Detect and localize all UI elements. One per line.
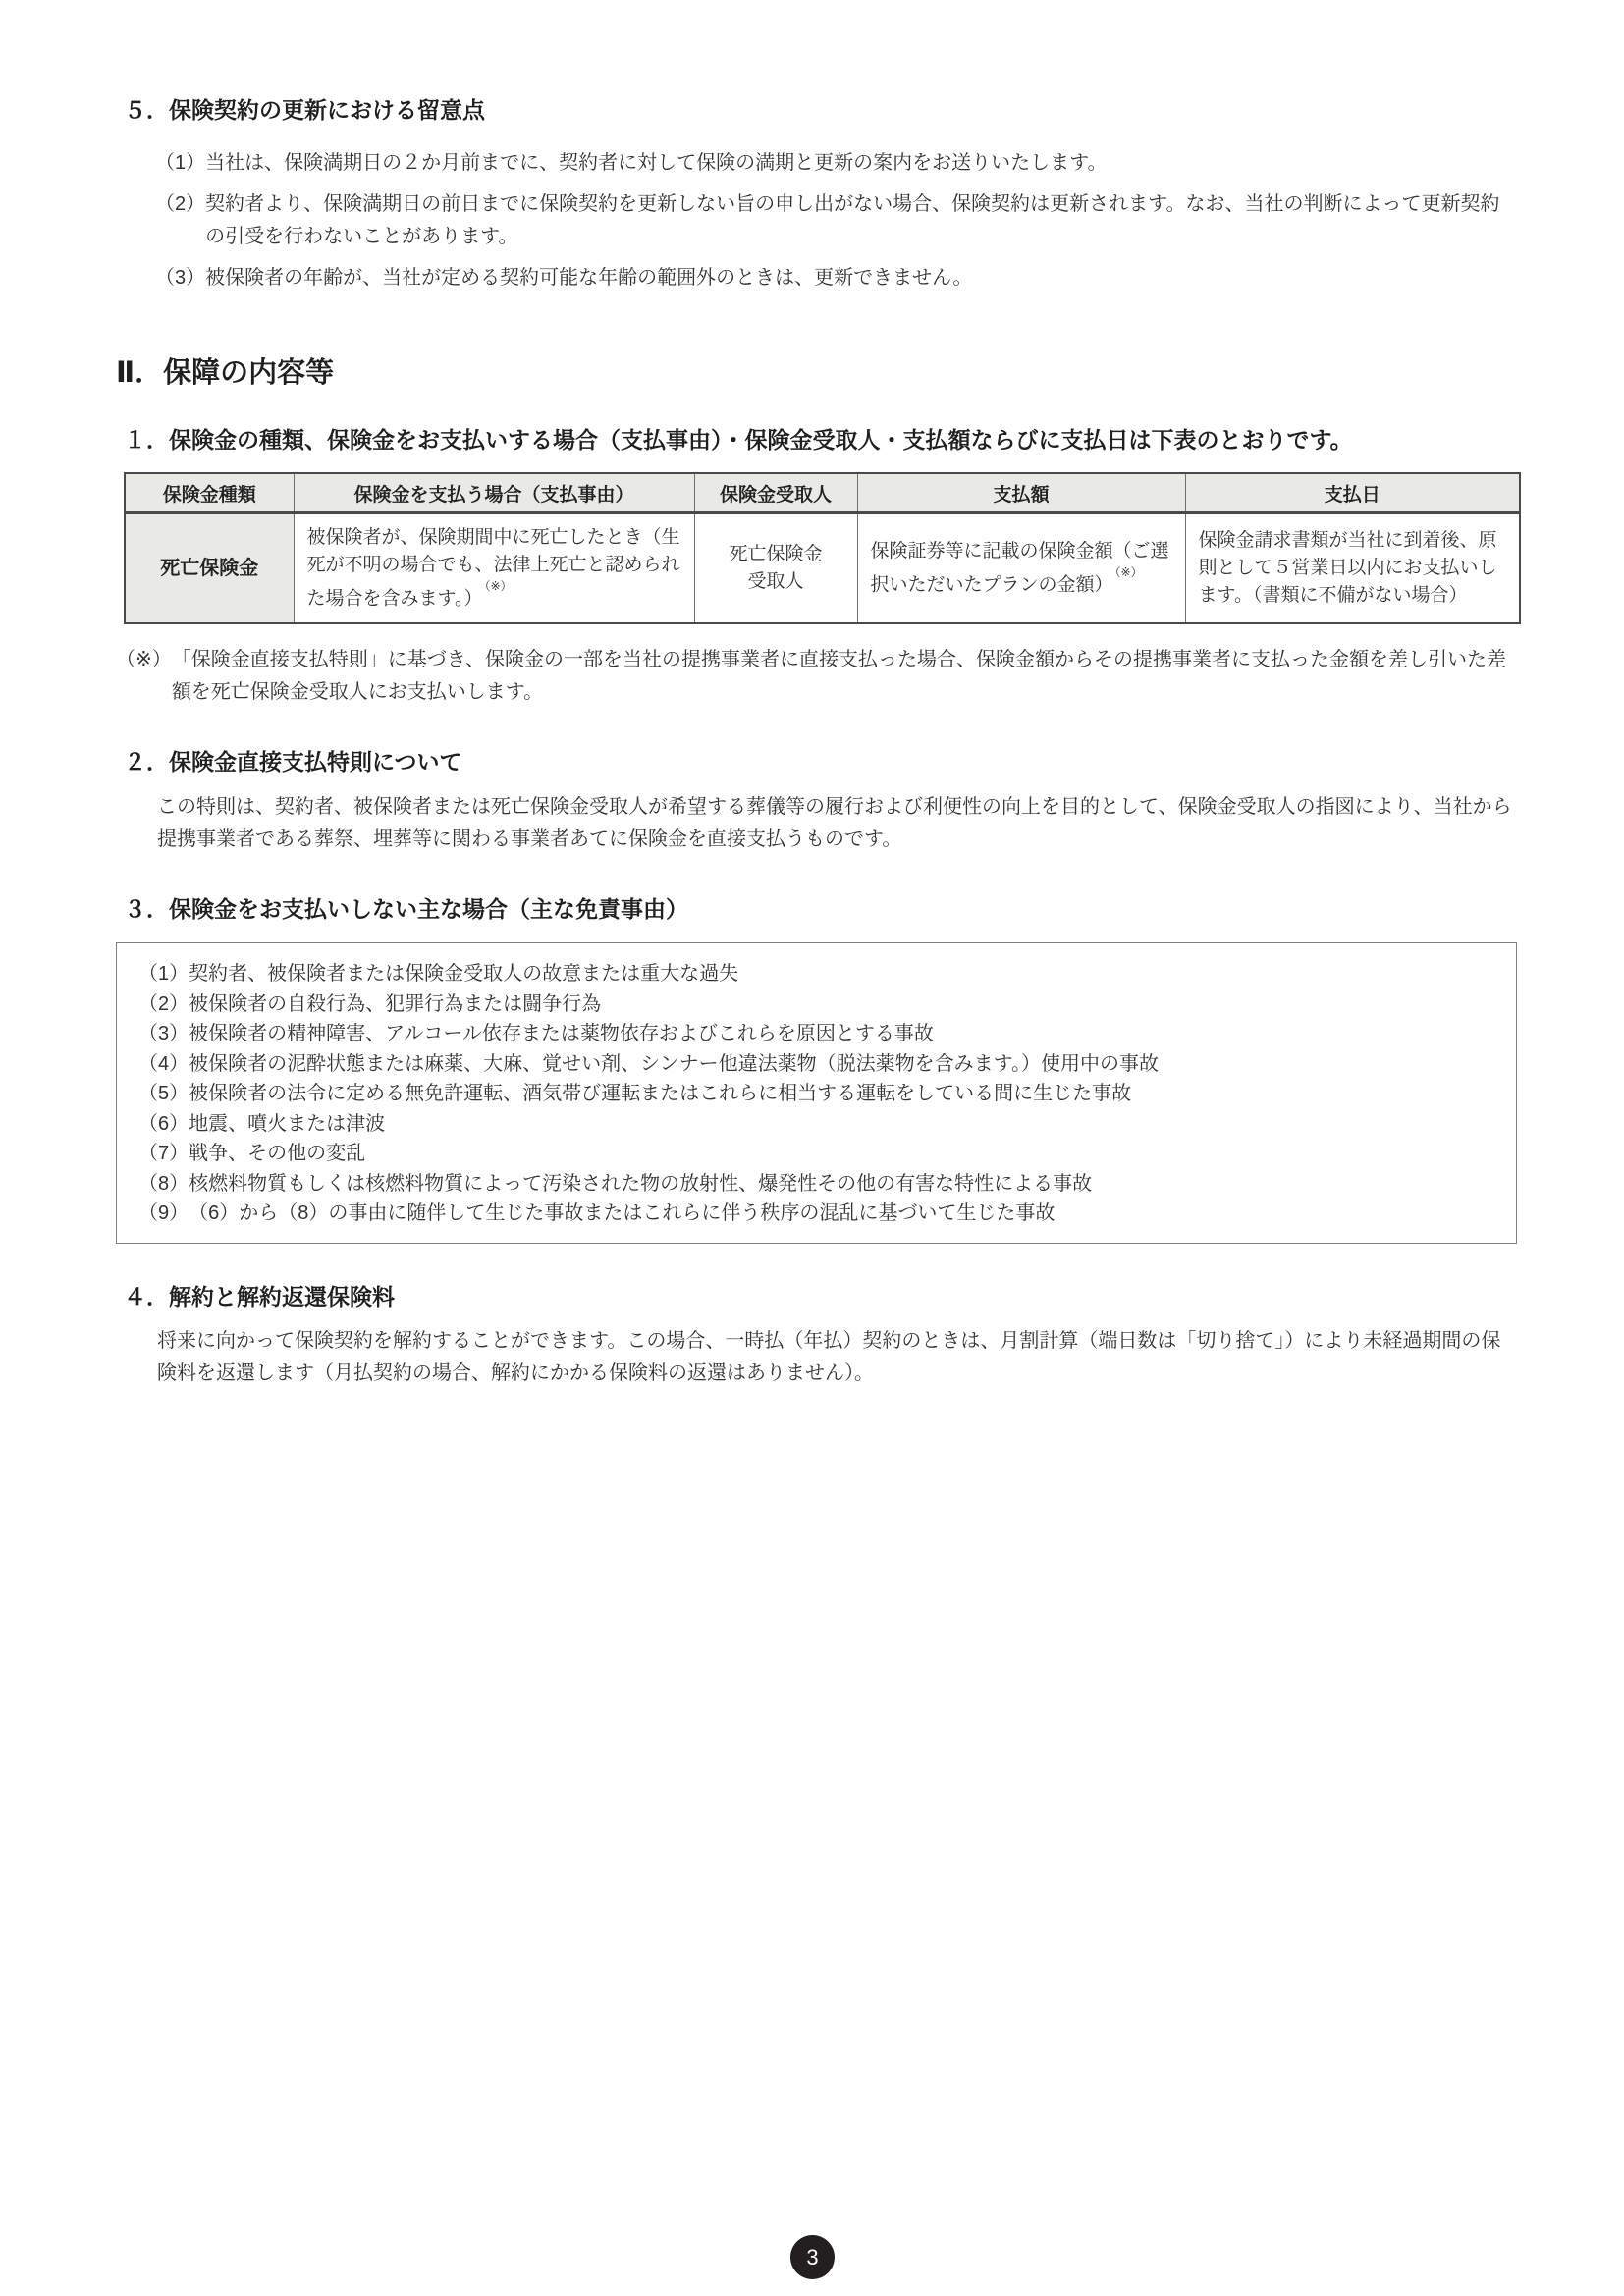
col-header-payment-event: 保険金を支払う場合（支払事由） — [294, 473, 694, 512]
col-header-recipient: 保険金受取人 — [694, 473, 857, 512]
document-page: ５．保険契約の更新における留意点 （1） 当社は、保険満期日の２か月前までに、契… — [0, 0, 1624, 2296]
exclusion-marker: （2） — [138, 989, 189, 1020]
cell-payment-event: 被保険者が、保険期間中に死亡したとき（生死が不明の場合でも、法律上死亡と認められ… — [294, 512, 694, 623]
reference-mark: （※） — [1115, 565, 1143, 579]
exclusion-marker: （3） — [138, 1019, 189, 1049]
cell-payment-date: 保険金請求書類が当社に到着後、原則として５営業日以内にお支払いします。（書類に不… — [1185, 512, 1520, 623]
list-item-marker: （2） — [155, 188, 205, 221]
list-item-text: 被保険者の年齢が、当社が定める契約可能な年齢の範囲外のときは、更新できません。 — [205, 262, 1519, 294]
exclusion-marker: （1） — [138, 959, 189, 989]
list-item: （3） 被保険者の年齢が、当社が定める契約可能な年齢の範囲外のときは、更新できま… — [155, 262, 1519, 294]
col-header-benefit-type: 保険金種類 — [125, 473, 294, 512]
section5-heading: ５．保険契約の更新における留意点 — [124, 96, 1519, 126]
list-item-text: 契約者より、保険満期日の前日までに保険契約を更新しない旨の申し出がない場合、保険… — [205, 188, 1519, 253]
col-header-amount: 支払額 — [857, 473, 1185, 512]
recipient-line: 受取人 — [708, 568, 844, 596]
exclusion-item: （8） 核燃料物質もしくは核燃料物質によって汚染された物の放射性、爆発性その他の… — [138, 1169, 1496, 1200]
exclusion-marker: （7） — [138, 1139, 189, 1169]
exclusion-marker: （4） — [138, 1049, 189, 1080]
table-footnote: （※） 「保険金直接支払特則」に基づき、保険金の一部を当社の提携事業者に直接支払… — [116, 644, 1519, 709]
section-cancellation: ４．解約と解約返還保険料 将来に向かって保険契約を解約することができます。この場… — [116, 1283, 1519, 1391]
exclusion-text: 被保険者の自殺行為、犯罪行為または闘争行為 — [189, 989, 1496, 1020]
exclusion-item: （5） 被保険者の法令に定める無免許運転、酒気帯び運転またはこれらに相当する運転… — [138, 1079, 1496, 1109]
exclusion-text: 契約者、被保険者または保険金受取人の故意または重大な過失 — [189, 959, 1496, 989]
benefit-table-header-row: 保険金種類 保険金を支払う場合（支払事由） 保険金受取人 支払額 支払日 — [125, 473, 1520, 512]
sectionII-heading: Ⅱ．保障の内容等 — [116, 355, 1519, 393]
list-item-marker: （3） — [155, 262, 205, 294]
section5-items: （1） 当社は、保険満期日の２か月前までに、契約者に対して保険の満期と更新の案内… — [116, 147, 1519, 294]
section-exclusions: ３．保険金をお支払いしない主な場合（主な免責事由） （1） 契約者、被保険者また… — [116, 895, 1519, 1243]
exclusions-box: （1） 契約者、被保険者または保険金受取人の故意または重大な過失 （2） 被保険… — [116, 942, 1517, 1244]
col-header-payment-date: 支払日 — [1185, 473, 1520, 512]
exclusion-text: （6）から（8）の事由に随伴して生じた事故またはこれらに伴う秩序の混乱に基づいて… — [189, 1199, 1496, 1229]
exclusion-item: （1） 契約者、被保険者または保険金受取人の故意または重大な過失 — [138, 959, 1496, 989]
page-number: 3 — [806, 2247, 818, 2269]
table-row: 死亡保険金 被保険者が、保険期間中に死亡したとき（生死が不明の場合でも、法律上死… — [125, 512, 1520, 623]
exclusion-text: 地震、噴火または津波 — [189, 1109, 1496, 1140]
reference-mark: （※） — [484, 579, 512, 593]
cell-amount: 保険証券等に記載の保険金額（ご選択いただいたプランの金額）（※） — [857, 512, 1185, 623]
exclusion-marker: （6） — [138, 1109, 189, 1140]
exclusion-text: 核燃料物質もしくは核燃料物質によって汚染された物の放射性、爆発性その他の有害な特… — [189, 1169, 1496, 1200]
exclusion-item: （3） 被保険者の精神障害、アルコール依存または薬物依存およびこれらを原因とする… — [138, 1019, 1496, 1049]
exclusion-text: 被保険者の法令に定める無免許運転、酒気帯び運転またはこれらに相当する運転をしてい… — [189, 1079, 1496, 1109]
exclusion-text: 被保険者の泥酔状態または麻薬、大麻、覚せい剤、シンナー他違法薬物（脱法薬物を含み… — [189, 1049, 1496, 1080]
exclusion-item: （4） 被保険者の泥酔状態または麻薬、大麻、覚せい剤、シンナー他違法薬物（脱法薬… — [138, 1049, 1496, 1080]
exclusion-text: 被保険者の精神障害、アルコール依存または薬物依存およびこれらを原因とする事故 — [189, 1019, 1496, 1049]
exclusion-marker: （9） — [138, 1199, 189, 1229]
benefit-table: 保険金種類 保険金を支払う場合（支払事由） 保険金受取人 支払額 支払日 死亡保… — [124, 472, 1521, 624]
page-content: ５．保険契約の更新における留意点 （1） 当社は、保険満期日の２か月前までに、契… — [0, 0, 1624, 1390]
section-renewal-notes: ５．保険契約の更新における留意点 （1） 当社は、保険満期日の２か月前までに、契… — [116, 96, 1519, 294]
list-item-marker: （1） — [155, 147, 205, 180]
list-item: （2） 契約者より、保険満期日の前日までに保険契約を更新しない旨の申し出がない場… — [155, 188, 1519, 253]
exclusion-text: 戦争、その他の変乱 — [189, 1139, 1496, 1169]
footnote-marker: （※） — [116, 644, 172, 676]
page-number-badge: 3 — [790, 2235, 835, 2279]
exclusion-item: （6） 地震、噴火または津波 — [138, 1109, 1496, 1140]
sub2-heading: ２．保険金直接支払特則について — [124, 748, 1519, 777]
section-direct-payment: ２．保険金直接支払特則について この特則は、契約者、被保険者または死亡保険金受取… — [116, 748, 1519, 856]
exclusion-item: （7） 戦争、その他の変乱 — [138, 1139, 1496, 1169]
exclusion-marker: （5） — [138, 1079, 189, 1109]
exclusion-marker: （8） — [138, 1169, 189, 1200]
sub3-heading: ３．保険金をお支払いしない主な場合（主な免責事由） — [124, 895, 1519, 925]
exclusion-item: （2） 被保険者の自殺行為、犯罪行為または闘争行為 — [138, 989, 1496, 1020]
sub2-body: この特則は、契約者、被保険者または死亡保険金受取人が希望する葬儀等の履行および利… — [157, 791, 1519, 856]
footnote-text: 「保険金直接支払特則」に基づき、保険金の一部を当社の提携事業者に直接支払った場合… — [172, 644, 1519, 709]
exclusion-item: （9） （6）から（8）の事由に随伴して生じた事故またはこれらに伴う秩序の混乱に… — [138, 1199, 1496, 1229]
list-item: （1） 当社は、保険満期日の２か月前までに、契約者に対して保険の満期と更新の案内… — [155, 147, 1519, 180]
list-item-text: 当社は、保険満期日の２か月前までに、契約者に対して保険の満期と更新の案内をお送り… — [205, 147, 1519, 180]
cell-recipient: 死亡保険金 受取人 — [694, 512, 857, 623]
section-benefit-table: １．保険金の種類、保険金をお支払いする場合（支払事由）・保険金受取人・支払額なら… — [116, 426, 1519, 710]
recipient-line: 死亡保険金 — [708, 541, 844, 568]
sub4-heading: ４．解約と解約返還保険料 — [124, 1283, 1519, 1312]
sub4-body: 将来に向かって保険契約を解約することができます。この場合、一時払（年払）契約のと… — [157, 1325, 1519, 1390]
cell-benefit-type: 死亡保険金 — [125, 512, 294, 623]
sub1-heading: １．保険金の種類、保険金をお支払いする場合（支払事由）・保険金受取人・支払額なら… — [124, 426, 1519, 455]
payment-event-text: 被保険者が、保険期間中に死亡したとき（生死が不明の場合でも、法律上死亡と認められ… — [307, 527, 680, 609]
